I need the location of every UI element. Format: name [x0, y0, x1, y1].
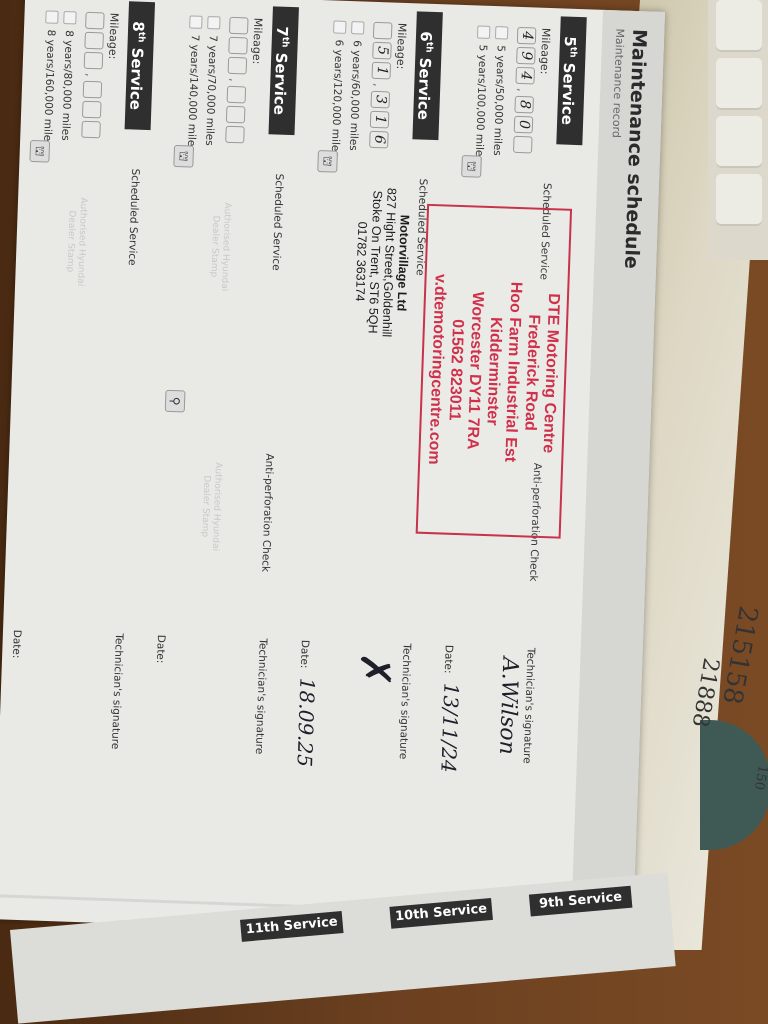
- service-badge: 7th Service: [268, 6, 298, 135]
- mileage-digit[interactable]: [84, 32, 104, 50]
- checkbox[interactable]: [189, 15, 202, 28]
- mileage-digit[interactable]: [373, 22, 393, 40]
- mileage-digit[interactable]: 1: [371, 62, 391, 80]
- maintenance-schedule-page: Maintenance schedule Maintenance record …: [0, 0, 665, 941]
- scheduled-service-label: Scheduled Service: [414, 178, 429, 275]
- technician-signature-label: Technician's signature: [253, 638, 269, 754]
- dealer-stamp-placeholder: Authorised Hyundai Dealer Stamp: [197, 446, 223, 567]
- mileage-digit[interactable]: 0: [514, 116, 534, 134]
- mileage-digit[interactable]: 3: [370, 91, 390, 109]
- date-label: Date:: [154, 635, 167, 664]
- service-row-7: 7th Service Mileage: , 7 years/70,000 mi…: [133, 0, 300, 904]
- mileage-digit[interactable]: [85, 12, 105, 30]
- magnifier-icon: ⚲: [165, 390, 186, 413]
- mileage-digit[interactable]: [226, 106, 246, 124]
- mileage-field[interactable]: ,: [225, 17, 248, 143]
- option-row[interactable]: 6 years/60,000 miles: [347, 21, 365, 151]
- mileage-digit[interactable]: [81, 121, 101, 139]
- checkbox[interactable]: [333, 20, 346, 33]
- page-subtitle: Maintenance record: [610, 28, 627, 138]
- date-value[interactable]: 18.09.25: [292, 678, 319, 768]
- option-label: 7 years/140,000 miles: [185, 34, 201, 152]
- mileage-digit[interactable]: [229, 17, 249, 35]
- scheduled-service-label: Scheduled Service: [270, 173, 285, 270]
- checkbox[interactable]: [477, 25, 490, 38]
- mileage-label: Mileage:: [106, 13, 121, 60]
- mileage-digit[interactable]: [83, 81, 103, 99]
- car-lift-icon: ⛫: [29, 140, 50, 163]
- mileage-label: Mileage:: [250, 18, 265, 65]
- option-row[interactable]: 8 years/80,000 miles: [59, 11, 77, 141]
- service-row-6: 6th Service Mileage: 5 1 , 3 1 6 6 years…: [277, 0, 444, 909]
- option-row[interactable]: 5 years/50,000 miles: [491, 26, 509, 156]
- service-badge-9: 9th Service: [529, 886, 633, 917]
- service-badge-11: 11th Service: [240, 911, 344, 942]
- mileage-digit[interactable]: [82, 101, 102, 119]
- checkbox[interactable]: [207, 16, 220, 29]
- option-label: 8 years/80,000 miles: [60, 30, 76, 141]
- mileage-digit[interactable]: 1: [370, 111, 390, 129]
- mileage-digit[interactable]: 8: [514, 96, 534, 114]
- option-label: 6 years/60,000 miles: [347, 40, 363, 151]
- service-badge: 6th Service: [412, 11, 442, 140]
- date-value[interactable]: 13/11/24: [436, 683, 463, 774]
- checkbox[interactable]: [63, 11, 76, 24]
- mileage-field[interactable]: ,: [81, 12, 104, 138]
- option-row[interactable]: 7 years/70,000 miles: [203, 16, 221, 146]
- dealer-stamp-placeholder: Authorised Hyundai Dealer Stamp: [63, 181, 89, 302]
- option-row[interactable]: 5 years/100,000 miles: [473, 25, 491, 162]
- checkbox[interactable]: [495, 26, 508, 39]
- handwritten-note-3: 150: [751, 764, 768, 791]
- anti-perforation-label: Anti-perforation Check: [259, 453, 275, 572]
- date-label: Date:: [10, 630, 23, 659]
- date-label: Date:: [298, 640, 311, 669]
- mileage-field[interactable]: 5 1 , 3 1 6: [369, 22, 392, 148]
- option-row[interactable]: 6 years/120,000 miles: [329, 20, 347, 157]
- mileage-label: Mileage:: [394, 23, 409, 70]
- service-row-5: 5th Service Mileage: 4 9 4 , 8 0 5 years…: [421, 5, 588, 914]
- option-row[interactable]: 8 years/160,000 miles: [41, 10, 59, 147]
- option-label: 8 years/160,000 miles: [41, 29, 57, 147]
- dealer-stamp-placeholder: Authorised Hyundai Dealer Stamp: [206, 186, 232, 307]
- technician-signature: ✗: [350, 651, 400, 688]
- dealer-stamp-black: Motorvillage Ltd 827 Hight Street,Golden…: [351, 171, 413, 353]
- service-badge: 8th Service: [125, 1, 155, 130]
- car-lift-icon: ⛫: [173, 145, 194, 168]
- mileage-digit[interactable]: [228, 37, 248, 55]
- option-label: 6 years/120,000 miles: [329, 39, 345, 157]
- mileage-digit[interactable]: 5: [372, 42, 392, 60]
- technician-signature-label: Technician's signature: [109, 633, 125, 749]
- mileage-digit[interactable]: [84, 52, 104, 70]
- technician-signature-label: Technician's signature: [521, 647, 537, 763]
- car-lift-icon: ⛫: [317, 150, 338, 173]
- option-row[interactable]: 7 years/140,000 miles: [185, 15, 203, 152]
- mileage-digit[interactable]: [225, 126, 245, 144]
- option-label: 7 years/70,000 miles: [204, 35, 220, 146]
- dealer-stamp-red: DTE Motoring Centre Frederick Road Hoo F…: [416, 204, 572, 539]
- option-label: 5 years/100,000 miles: [473, 44, 489, 162]
- mileage-digit[interactable]: [227, 86, 247, 104]
- mileage-label: Mileage:: [538, 28, 553, 75]
- service-badge-10: 10th Service: [389, 898, 493, 929]
- mileage-digit[interactable]: [513, 136, 533, 154]
- service-badge: 5th Service: [556, 16, 586, 145]
- option-label: 5 years/50,000 miles: [491, 45, 507, 156]
- checkbox[interactable]: [45, 10, 58, 23]
- scheduled-service-label: Scheduled Service: [126, 168, 141, 265]
- mileage-digit[interactable]: 4: [517, 27, 537, 45]
- car-lift-icon: ⛫: [461, 155, 482, 178]
- date-label: Date:: [442, 645, 455, 674]
- keyboard: [708, 0, 768, 260]
- mileage-field[interactable]: 4 9 4 , 8 0: [513, 27, 536, 153]
- mileage-digit[interactable]: [228, 57, 248, 75]
- mileage-digit[interactable]: 4: [515, 67, 535, 85]
- mileage-digit[interactable]: 9: [516, 47, 536, 65]
- technician-signature: A.Wilson: [494, 657, 522, 756]
- checkbox[interactable]: [351, 21, 364, 34]
- mileage-digit[interactable]: 6: [369, 131, 389, 149]
- service-row-8: 8th Service Mileage: , 8 years/80,000 mi…: [0, 0, 155, 899]
